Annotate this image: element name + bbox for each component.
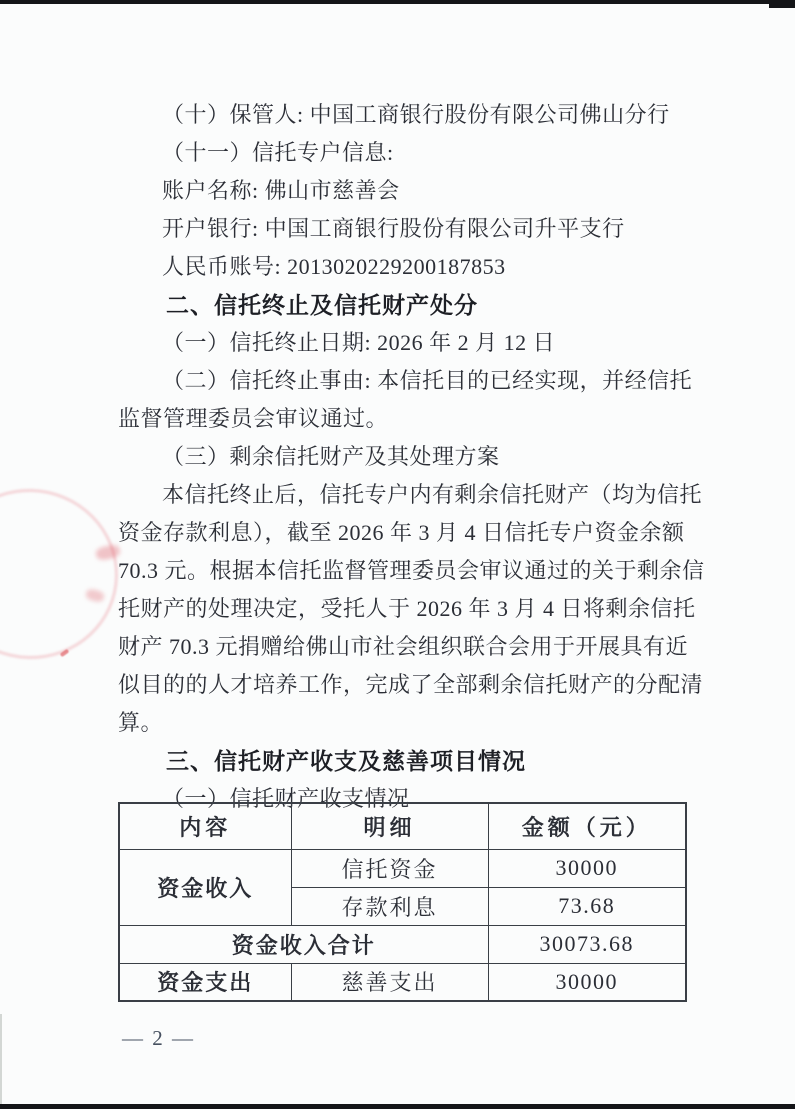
cell-income-total-amount: 30073.68 <box>488 925 686 963</box>
cell-charity-expense-label: 慈善支出 <box>291 963 488 1001</box>
table-header-amount: 金额（元） <box>488 803 686 849</box>
trust-income-expense-table: 内容 明细 金额（元） 资金收入 信托资金 30000 存款利息 73.68 资… <box>118 802 687 1002</box>
document-body: （十）保管人: 中国工商银行股份有限公司佛山分行 （十一）信托专户信息: 账户名… <box>118 96 684 818</box>
doc-line-paragraph: 资金存款利息），截至 2026 年 3 月 4 日信托专户资金余额 <box>118 514 684 552</box>
doc-line-paragraph: 本信托终止后，信托专户内有剩余信托财产（均为信托 <box>118 476 684 514</box>
cell-income-total-label: 资金收入合计 <box>119 925 488 963</box>
doc-line-remaining-assets: （三）剩余信托财产及其处理方案 <box>118 438 684 476</box>
cell-expense-label: 资金支出 <box>119 963 291 1001</box>
scan-edge-bottom <box>0 1104 795 1109</box>
red-seal-stamp-arc-icon <box>0 479 128 669</box>
cell-deposit-interest-label: 存款利息 <box>291 887 488 925</box>
table-row-income-1: 资金收入 信托资金 30000 <box>119 849 686 887</box>
cell-deposit-interest-amount: 73.68 <box>488 887 686 925</box>
page-number: — 2 — <box>122 1026 195 1051</box>
table-header-detail: 明细 <box>291 803 488 849</box>
doc-line-paragraph: 财产 70.3 元捐赠给佛山市社会组织联合会用于开展具有近 <box>118 628 684 666</box>
doc-line-termination-reason: （二）信托终止事由: 本信托目的已经实现，并经信托 <box>118 362 684 400</box>
table-row-income-total: 资金收入合计 30073.68 <box>119 925 686 963</box>
cell-trust-funds-label: 信托资金 <box>291 849 488 887</box>
doc-line-paragraph-end: 算。 <box>118 704 684 742</box>
cell-charity-expense-amount: 30000 <box>488 963 686 1001</box>
table-header-content: 内容 <box>119 803 291 849</box>
doc-line-paragraph: 托财产的处理决定，受托人于 2026 年 3 月 4 日将剩余信托 <box>118 590 684 628</box>
doc-line-custodian: （十）保管人: 中国工商银行股份有限公司佛山分行 <box>118 96 684 134</box>
cell-trust-funds-amount: 30000 <box>488 849 686 887</box>
scan-edge-top-right <box>769 0 795 8</box>
scanned-document-page: （十）保管人: 中国工商银行股份有限公司佛山分行 （十一）信托专户信息: 账户名… <box>0 0 795 1109</box>
doc-line-paragraph: 70.3 元。根据本信托监督管理委员会审议通过的关于剩余信 <box>118 552 684 590</box>
table-header-row: 内容 明细 金额（元） <box>119 803 686 849</box>
doc-line-account-name: 账户名称: 佛山市慈善会 <box>118 172 684 210</box>
doc-line-paragraph: 似目的的人才培养工作，完成了全部剩余信托财产的分配清 <box>118 666 684 704</box>
scan-edge-left <box>0 1014 2 1104</box>
section-heading-2: 二、信托终止及信托财产处分 <box>118 286 684 324</box>
section-heading-3: 三、信托财产收支及慈善项目情况 <box>118 742 684 780</box>
scan-edge-top <box>0 0 795 4</box>
doc-line-account-number: 人民币账号: 2013020229200187853 <box>118 248 684 286</box>
doc-line-bank: 开户银行: 中国工商银行股份有限公司升平支行 <box>118 210 684 248</box>
doc-line-termination-date: （一）信托终止日期: 2026 年 2 月 12 日 <box>118 324 684 362</box>
doc-line-account-info: （十一）信托专户信息: <box>118 134 684 172</box>
cell-income-label: 资金收入 <box>119 849 291 925</box>
doc-line-continuation: 监督管理委员会审议通过。 <box>118 400 684 438</box>
table-row-expense: 资金支出 慈善支出 30000 <box>119 963 686 1001</box>
